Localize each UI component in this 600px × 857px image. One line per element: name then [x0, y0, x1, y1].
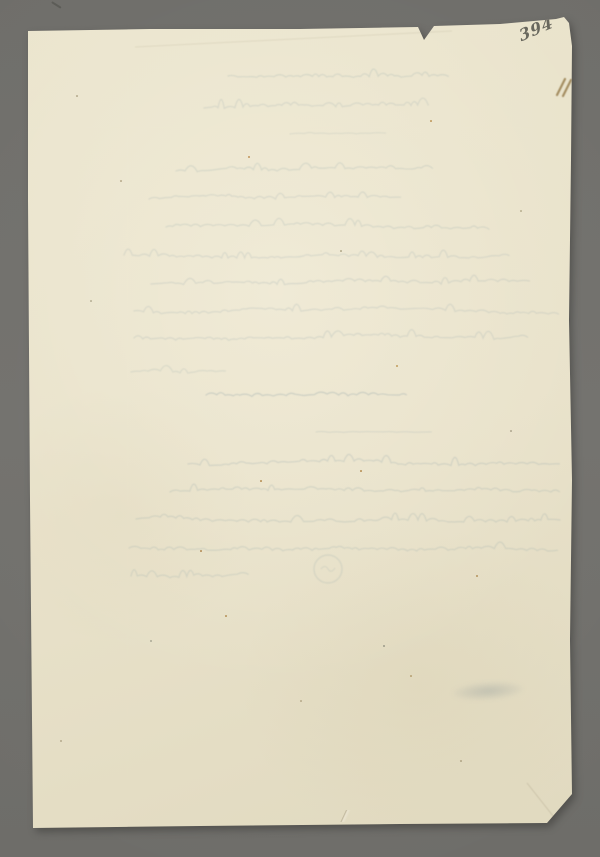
foxing-speckle	[260, 480, 262, 482]
ghost-line	[131, 570, 248, 578]
stamp-mark-inner	[321, 567, 335, 572]
paper-crease	[135, 31, 452, 47]
ghost-line	[136, 513, 560, 522]
foxing-speckle	[383, 645, 385, 647]
ghost-line	[151, 275, 529, 284]
ghost-line	[176, 163, 433, 172]
foxing-speckle	[476, 575, 478, 577]
foxing-speckle	[520, 210, 522, 212]
foxing-speckle	[200, 550, 202, 552]
foxing-speckle	[248, 156, 250, 158]
foxing-speckle	[120, 180, 122, 182]
foxing-speckle	[396, 365, 398, 367]
ghost-dash	[290, 133, 386, 134]
foxing-speckle	[460, 760, 462, 762]
ghost-line	[188, 454, 559, 465]
foxing-speckle	[300, 700, 302, 702]
foxing-speckle	[340, 250, 342, 252]
foxing-speckle	[90, 300, 92, 302]
paper-shadow-wrapper: 394	[0, 0, 600, 857]
ghost-line	[129, 542, 557, 551]
ghost-line	[166, 218, 489, 229]
document-page: 394	[0, 0, 600, 857]
foxing-speckle	[76, 95, 78, 97]
foxing-speckle	[225, 615, 227, 617]
foxing-speckle	[510, 430, 512, 432]
ghost-line	[134, 330, 528, 341]
ghost-line	[134, 304, 559, 314]
foxing-speckle	[410, 675, 412, 677]
foxing-speckle	[360, 470, 362, 472]
ghost-line	[170, 484, 559, 492]
ghost-line	[124, 249, 509, 258]
scanner-bed: 394	[0, 0, 600, 857]
foxing-speckle	[430, 120, 432, 122]
foxing-speckle	[60, 740, 62, 742]
paper-crease	[527, 783, 557, 821]
foxing-speckle	[150, 640, 152, 642]
ghost-line	[131, 366, 225, 374]
ghost-line	[149, 192, 401, 199]
ghost-line	[228, 69, 448, 77]
ghost-handwriting	[0, 0, 600, 857]
ghost-line	[204, 98, 428, 108]
ghost-line	[206, 392, 406, 396]
ghost-dash	[316, 431, 431, 432]
